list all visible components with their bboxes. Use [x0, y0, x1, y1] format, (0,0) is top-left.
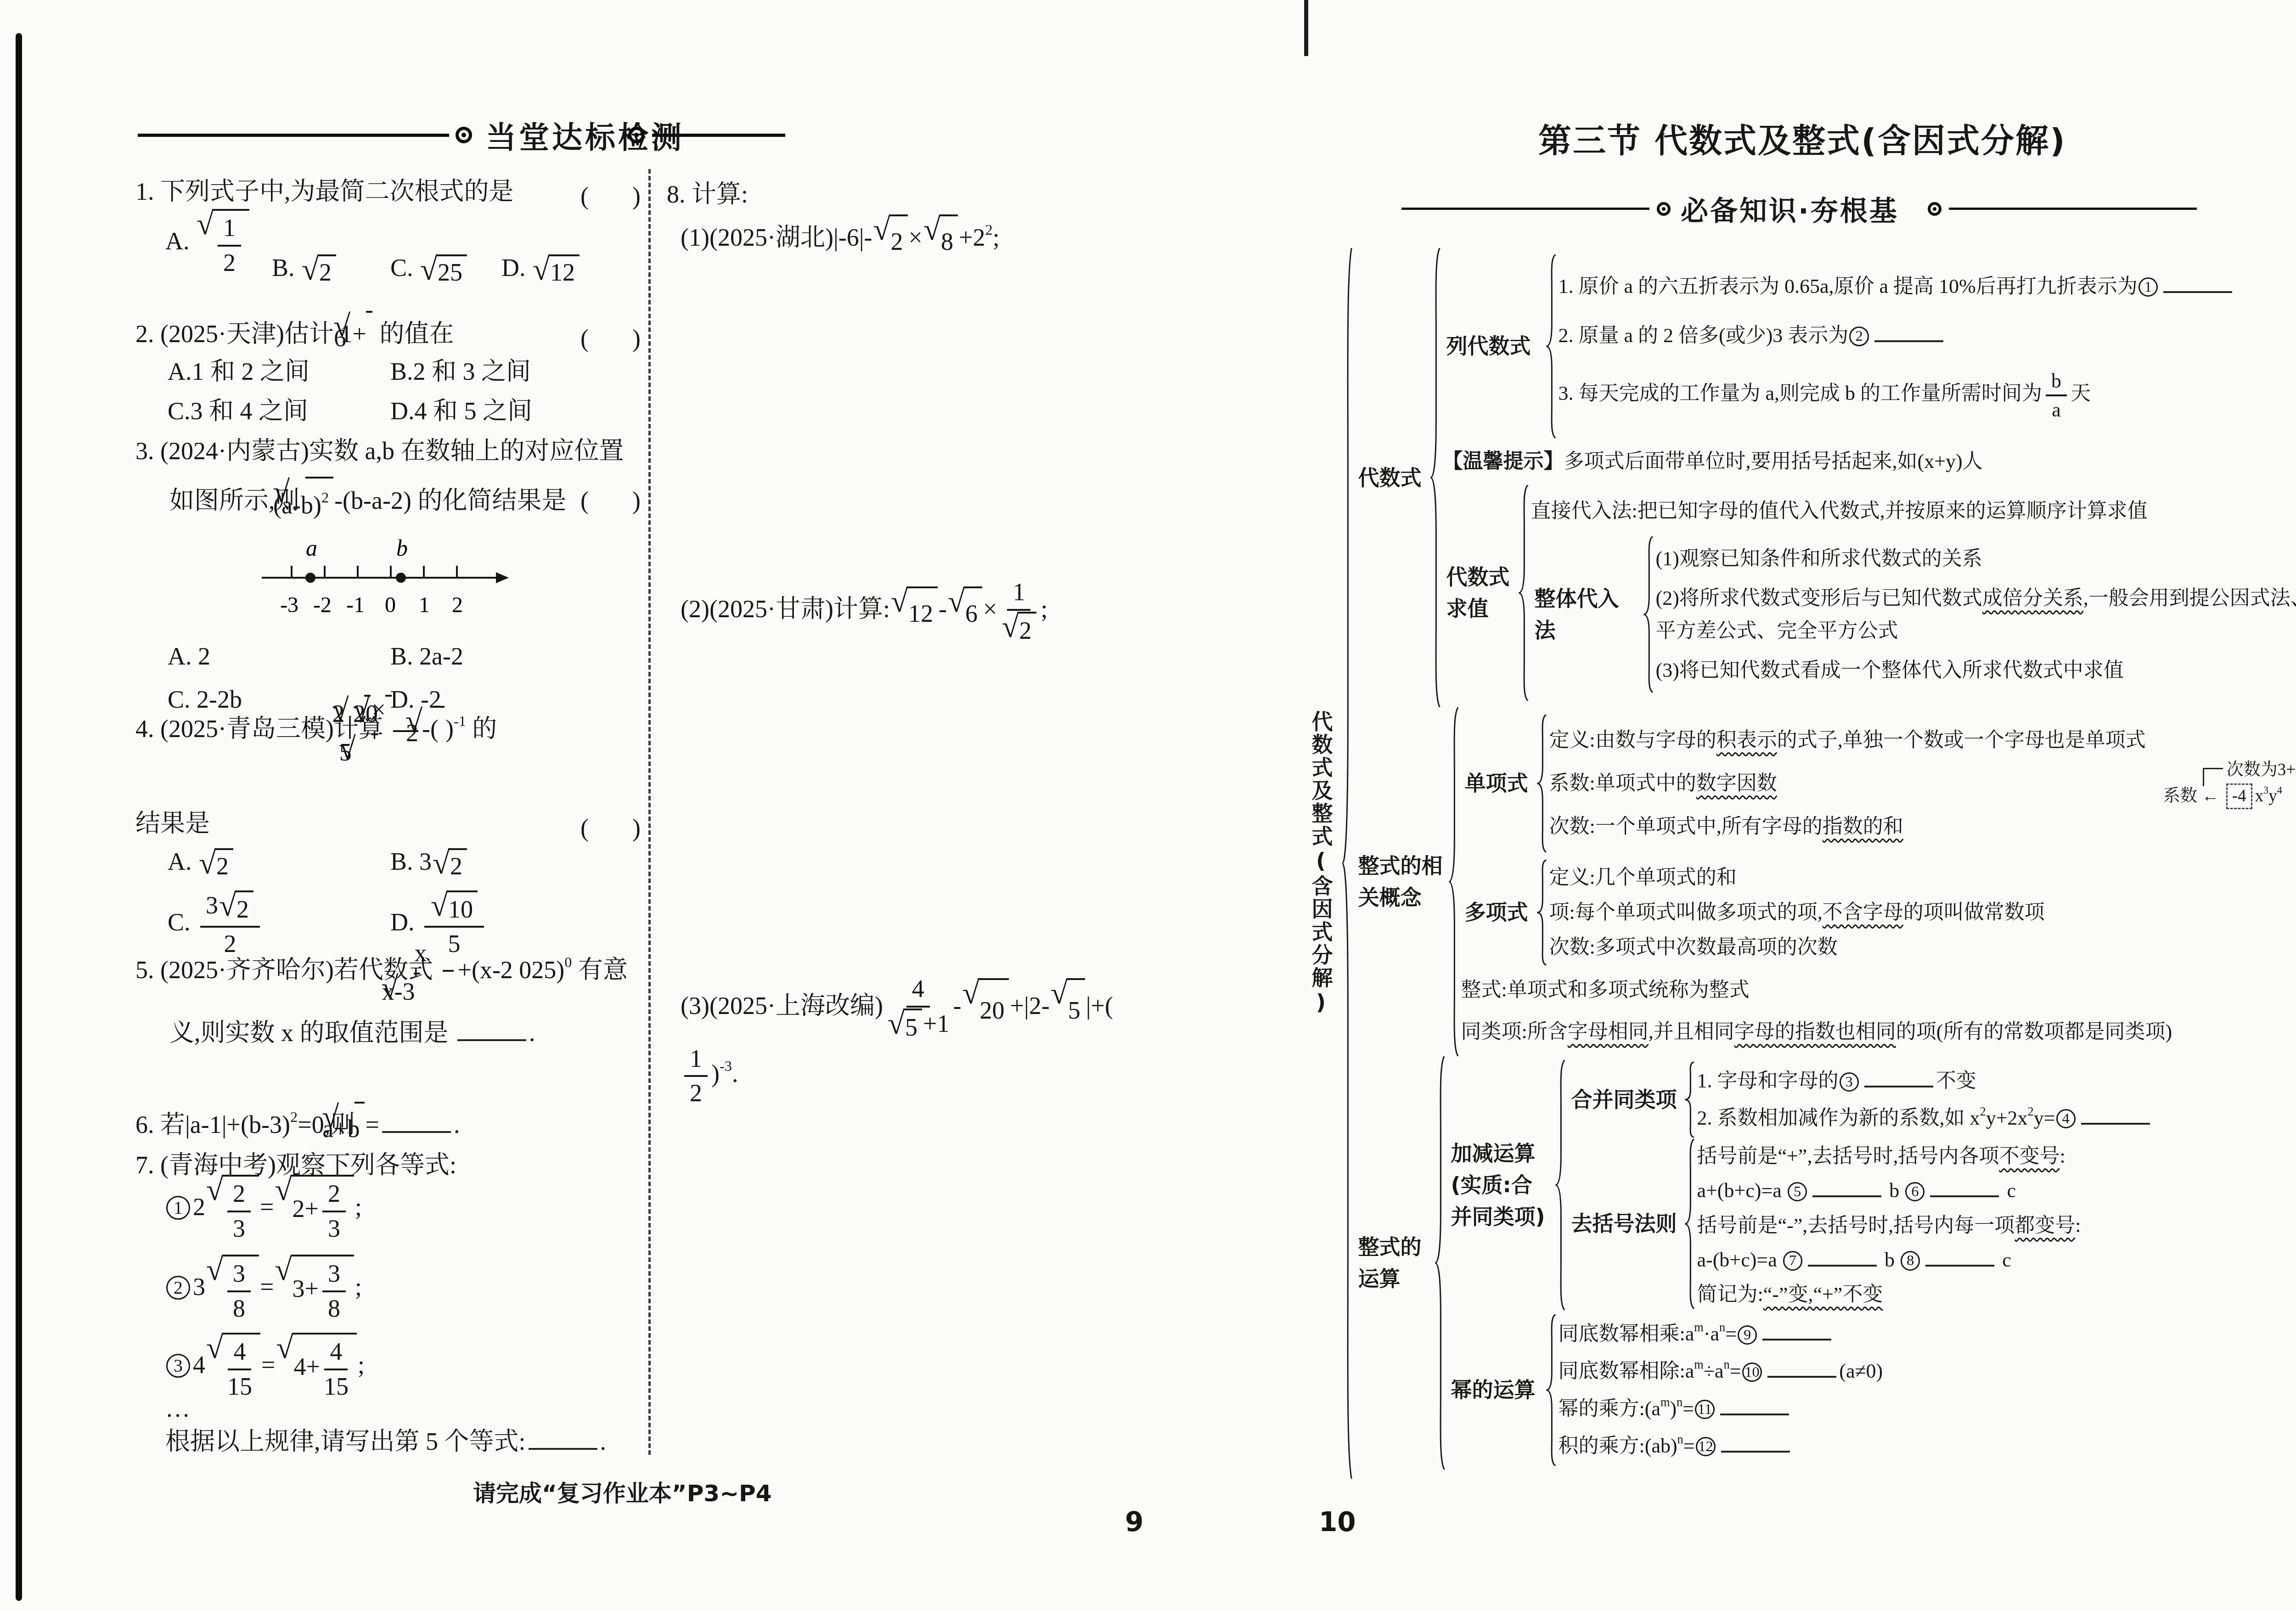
scanned-workbook-spread: { "left": { "header_title": "当堂达标检测", "q… [0, 0, 2296, 1611]
integral-expression: 整式:单项式和多项式统称为整式 [1461, 973, 2296, 1007]
tick-label: -3 [280, 593, 298, 617]
node-power-operations: 幂的运算 同底数幂相乘:am·an=9 同底数幂相除:am÷an=10(a≠0)… [1447, 1314, 2296, 1466]
brace-icon [1535, 860, 1549, 965]
q7-equation-1: 12√23=√2+23; [165, 1175, 362, 1244]
node-label: 去括号法则 [1568, 1208, 1683, 1239]
brace-icon [1683, 1139, 1697, 1309]
list-item: (3)将已知代数式看成一个整体代入所求代数式中求值 [1656, 653, 2296, 687]
q7-equation-2: 23√38=√3+38; [165, 1255, 362, 1324]
brace-icon [1544, 254, 1559, 438]
degree-note: 次数为3+4=7 [2227, 759, 2296, 782]
question-2-stem: 2. (2025·天津)估计 1+√6 的值在 [135, 320, 454, 348]
list-item: 定义:几个单项式的和 [1549, 860, 2296, 895]
answer-bracket: ( ) [580, 315, 642, 362]
tree-section-operations: 整式的 运算 加减运算 (实质:合 并同类项) 合并同类项 [1355, 1056, 2296, 1470]
node-label: 幂的运算 [1447, 1374, 1544, 1406]
left-page-footer: 请完成“复习作业本”P3~P4 [473, 1475, 772, 1508]
scan-edge-bar [16, 33, 22, 1601]
question-8-head: 8. 计算: [667, 171, 1131, 218]
question-4: 4. (2025·青岛三模)计算 √2×√20√5-(√2)-1 的 [135, 694, 644, 768]
list-item: 3. 每天完成的工作量为 a,则完成 b 的工作量所需时间为ba天 [1559, 367, 2296, 423]
bullseye-icon [1657, 202, 1671, 216]
node-whole-substitution: 整体代入法 (1)观察已知条件和所求代数式的关系 (2)将所求代数式变形后与已知… [1531, 536, 2296, 693]
q7-conclusion: 根据以上规律,请写出第 5 个等式:. [165, 1422, 606, 1457]
node-label: 多项式 [1461, 896, 1535, 928]
brace-icon [1340, 248, 1355, 1479]
example-expression: -4x3y4 [2223, 783, 2282, 809]
section-title: 第三节 代数式及整式(含因式分解) [1488, 114, 2117, 162]
question-4-line2: 结果是 ( ) [135, 800, 644, 847]
question-5: 5. (2025·齐齐哈尔)若代数式 x√x-3+(x-2 025)0 有意义,… [135, 938, 644, 1059]
answer-bracket: ( ) [580, 476, 642, 525]
question-6-stem: 6. 若|a-1|+(b-3)2=0,则√a+b=. [135, 1111, 460, 1138]
tree-root-label: 代数式及整式(含因式分解) [1302, 710, 1340, 1016]
list-item: a+(b+c)=a 5 b 6 c [1697, 1173, 2296, 1208]
list-item: 括号前是“+”,去括号时,括号内各项不变号: [1697, 1139, 2296, 1173]
header-rule-left [138, 134, 449, 137]
subtitle-rule-right [1949, 208, 2197, 210]
q1-option-d: D. √12 [501, 253, 580, 287]
question-3: 3. (2024·内蒙古)实数 a,b 在数轴上的对应位置如图所示,则 √(a-… [135, 426, 644, 530]
brace-icon [1553, 1060, 1568, 1310]
tick-label: -1 [346, 593, 365, 617]
q7-equation-3: 34√415=√4+415; [165, 1333, 365, 1402]
list-item: 积的乘方:(ab)n=12 [1559, 1429, 2296, 1463]
node-addsub: 加减运算 (实质:合 并同类项) 合并同类项 1. 字母和字母的3不变 2. 系… [1447, 1060, 2296, 1310]
arrow-left-icon: ← [2202, 785, 2219, 808]
bullseye-icon [1928, 202, 1941, 216]
question-1-stem: 1. 下列式子中,为最简二次根式的是 [135, 178, 514, 205]
node-list-expressions: 列代数式 1. 原价 a 的六五折表示为 0.65a,原价 a 提高 10%后再… [1443, 254, 2296, 438]
warm-tip-label: 【温馨提示】 [1443, 450, 1564, 473]
brace-icon [1535, 715, 1549, 852]
node-combine-like-terms: 合并同类项 1. 字母和字母的3不变 2. 系数相加减作为新的系数,如 x2y+… [1568, 1062, 2296, 1138]
q2-option-c: C.3 和 4 之间 [168, 391, 308, 427]
direct-substitution: 直接代入法:把已知字母的值代入代数式,并按原来的运算顺序计算求值 [1531, 494, 2296, 528]
list-item: 次数:一个单项式中,所有字母的指数的和 [1549, 809, 2296, 844]
list-item: 定义:由数与字母的积表示的式子,单独一个数或一个字母也是单项式 [1549, 723, 2296, 757]
brace-icon [1433, 1056, 1447, 1470]
node-polynomial: 多项式 定义:几个单项式的和 项:每个单项式叫做多项式的项,不含字母的项叫做常数… [1461, 860, 2296, 965]
node-remove-parentheses: 去括号法则 括号前是“+”,去括号时,括号内各项不变号: a+(b+c)=a 5… [1568, 1139, 2296, 1309]
header-rule-right [652, 134, 785, 137]
list-item: 1. 字母和字母的3不变 [1697, 1064, 2296, 1098]
node-label: 整体代入法 [1531, 583, 1641, 646]
q8-part-2: (2)(2025·甘肃)计算:√12-√6×1√2; [681, 577, 1135, 647]
list-item: 同底数幂相乘:am·an=9 [1559, 1317, 2296, 1351]
bullseye-icon [628, 127, 645, 143]
like-terms: 同类项:所含字母相同,并且相同字母的指数也相同的项(所有的常数项都是同类项) [1461, 1014, 2296, 1049]
coeff-note: 系数 [2163, 785, 2197, 808]
point-a-dot [305, 573, 315, 583]
scan-top-mark [1304, 0, 1308, 56]
question-4-stem: 4. (2025·青岛三模)计算 √2×√20√5-(√2)-1 的 [135, 715, 497, 743]
q4-option-a: A. √2 [168, 847, 234, 880]
elbow-line-icon [2203, 768, 2223, 786]
node-evaluation: 代数式 求值 直接代入法:把已知字母的值代入代数式,并按原来的运算顺序计算求值 … [1443, 485, 2296, 701]
page-number-9: 9 [1125, 1506, 1143, 1538]
brace-icon [1544, 1314, 1559, 1466]
list-item: 1. 原价 a 的六五折表示为 0.65a,原价 a 提高 10%后再打九折表示… [1559, 269, 2296, 304]
node-monomial: 单项式 定义:由数与字母的积表示的式子,单独一个数或一个字母也是单项式 系数:单… [1461, 715, 2296, 852]
warm-tip: 【温馨提示】多项式后面带单位时,要用括号括起来,如(x+y)人 [1443, 444, 2296, 479]
brace-icon [1446, 707, 1461, 1056]
q4-option-b: B. 3√2 [390, 847, 468, 880]
bullseye-icon [456, 127, 472, 143]
tick-label: 1 [419, 593, 430, 617]
page-number-10: 10 [1319, 1506, 1356, 1538]
point-b-label: b [396, 535, 408, 561]
subtitle-rule-left [1401, 208, 1649, 210]
number-line-figure: a b -3 -2 -1 0 1 2 [248, 532, 514, 631]
tick-label: 0 [385, 593, 396, 617]
q3-option-b: B. 2a-2 [390, 642, 463, 670]
list-item: 幂的乘方:(am)n=11 [1559, 1391, 2296, 1426]
question-5-stem: 5. (2025·齐齐哈尔)若代数式 x√x-3+(x-2 025)0 有意义,… [135, 956, 628, 1047]
tree-section-algebraic: 代数式 列代数式 1. 原价 a 的六五折表示为 0.65a,原价 a 提高 1… [1355, 248, 2296, 707]
brace-icon [1428, 248, 1443, 707]
list-item: 括号前是“-”,去括号时,括号内每一项都变号: [1697, 1208, 2296, 1243]
list-item: 同底数幂相除:am÷an=10(a≠0) [1559, 1354, 2296, 1388]
point-a-label: a [306, 535, 317, 561]
axis-arrow-icon [496, 572, 509, 583]
list-item: 2. 系数相加减作为新的系数,如 x2y+2x2y=4 [1697, 1101, 2296, 1135]
q8-part-3: (3)(2025·上海改编)4√5+1-√20+|2-√5|+(12)-3. [681, 974, 1135, 1109]
node-label: 单项式 [1461, 767, 1535, 799]
list-item: (2)将所求代数式变形后与已知代数式成倍分关系,一般会用到提公因式法、平方差公式… [1656, 581, 2296, 648]
subtitle: 必备知识·夯根基 [1681, 189, 1899, 229]
answer-bracket: ( ) [580, 805, 642, 852]
list-item: 2. 原量 a 的 2 倍多(或少)3 表示为2 [1559, 318, 2296, 353]
tick-label: 2 [452, 593, 463, 617]
node-label: 整式的 运算 [1355, 1231, 1433, 1295]
column-divider [648, 169, 651, 1455]
brace-icon [1683, 1062, 1697, 1138]
node-label: 列代数式 [1443, 330, 1544, 362]
q1-option-b: B. √2 [272, 253, 337, 287]
node-label: 加减运算 (实质:合 并同类项) [1447, 1138, 1553, 1233]
q1-option-c: C. √25 [390, 253, 468, 287]
brace-icon [1516, 485, 1531, 701]
monomial-example: 次数为3+4=7 系数 ← -4x3y4 [2163, 759, 2296, 809]
tick-label: -2 [313, 593, 332, 617]
list-item: 项:每个单项式叫做多项式的项,不含字母的项叫做常数项 [1549, 895, 2296, 929]
q1-option-a: A. √12 [165, 209, 250, 278]
question-4-stem2: 结果是 [135, 810, 210, 837]
q2-option-b: B.2 和 3 之间 [390, 352, 531, 387]
node-label: 整式的相 关概念 [1355, 850, 1446, 913]
brace-icon [1641, 536, 1656, 693]
q3-option-a: A. 2 [168, 642, 210, 670]
point-b-dot [396, 573, 406, 583]
question-3-stem: 3. (2024·内蒙古)实数 a,b 在数轴上的对应位置如图所示,则 √(a-… [135, 437, 624, 514]
q2-option-d: D.4 和 5 之间 [390, 391, 532, 427]
knowledge-tree: 代数式及整式(含因式分解) 代数式 列代数式 1. 原价 a 的六五折表示为 0… [1302, 248, 2296, 1479]
q7-ellipsis: … [165, 1394, 190, 1423]
warm-tip-text: 多项式后面带单位时,要用括号括起来,如(x+y)人 [1564, 450, 1983, 473]
node-label: 代数式 求值 [1443, 561, 1516, 625]
node-label: 代数式 [1355, 462, 1428, 494]
list-item: a-(b+c)=a 7 b 8 c [1697, 1243, 2296, 1277]
list-item: 简记为:“-”变,“+”不变 [1697, 1277, 2296, 1312]
answer-bracket: ( ) [580, 173, 642, 220]
list-item: (1)观察已知条件和所求代数式的关系 [1656, 541, 2296, 576]
q8-part-1: (1)(2025·湖北)|-6|-√2×√8+22; [681, 214, 1135, 265]
list-item: 次数:多项式中次数最高项的次数 [1549, 930, 2296, 964]
node-label: 合并同类项 [1568, 1084, 1683, 1115]
q2-option-a: A.1 和 2 之间 [168, 352, 310, 387]
tree-section-concepts: 整式的相 关概念 单项式 定义:由数与字母的积表示的式子,单独一个数或一个字母也… [1355, 707, 2296, 1056]
